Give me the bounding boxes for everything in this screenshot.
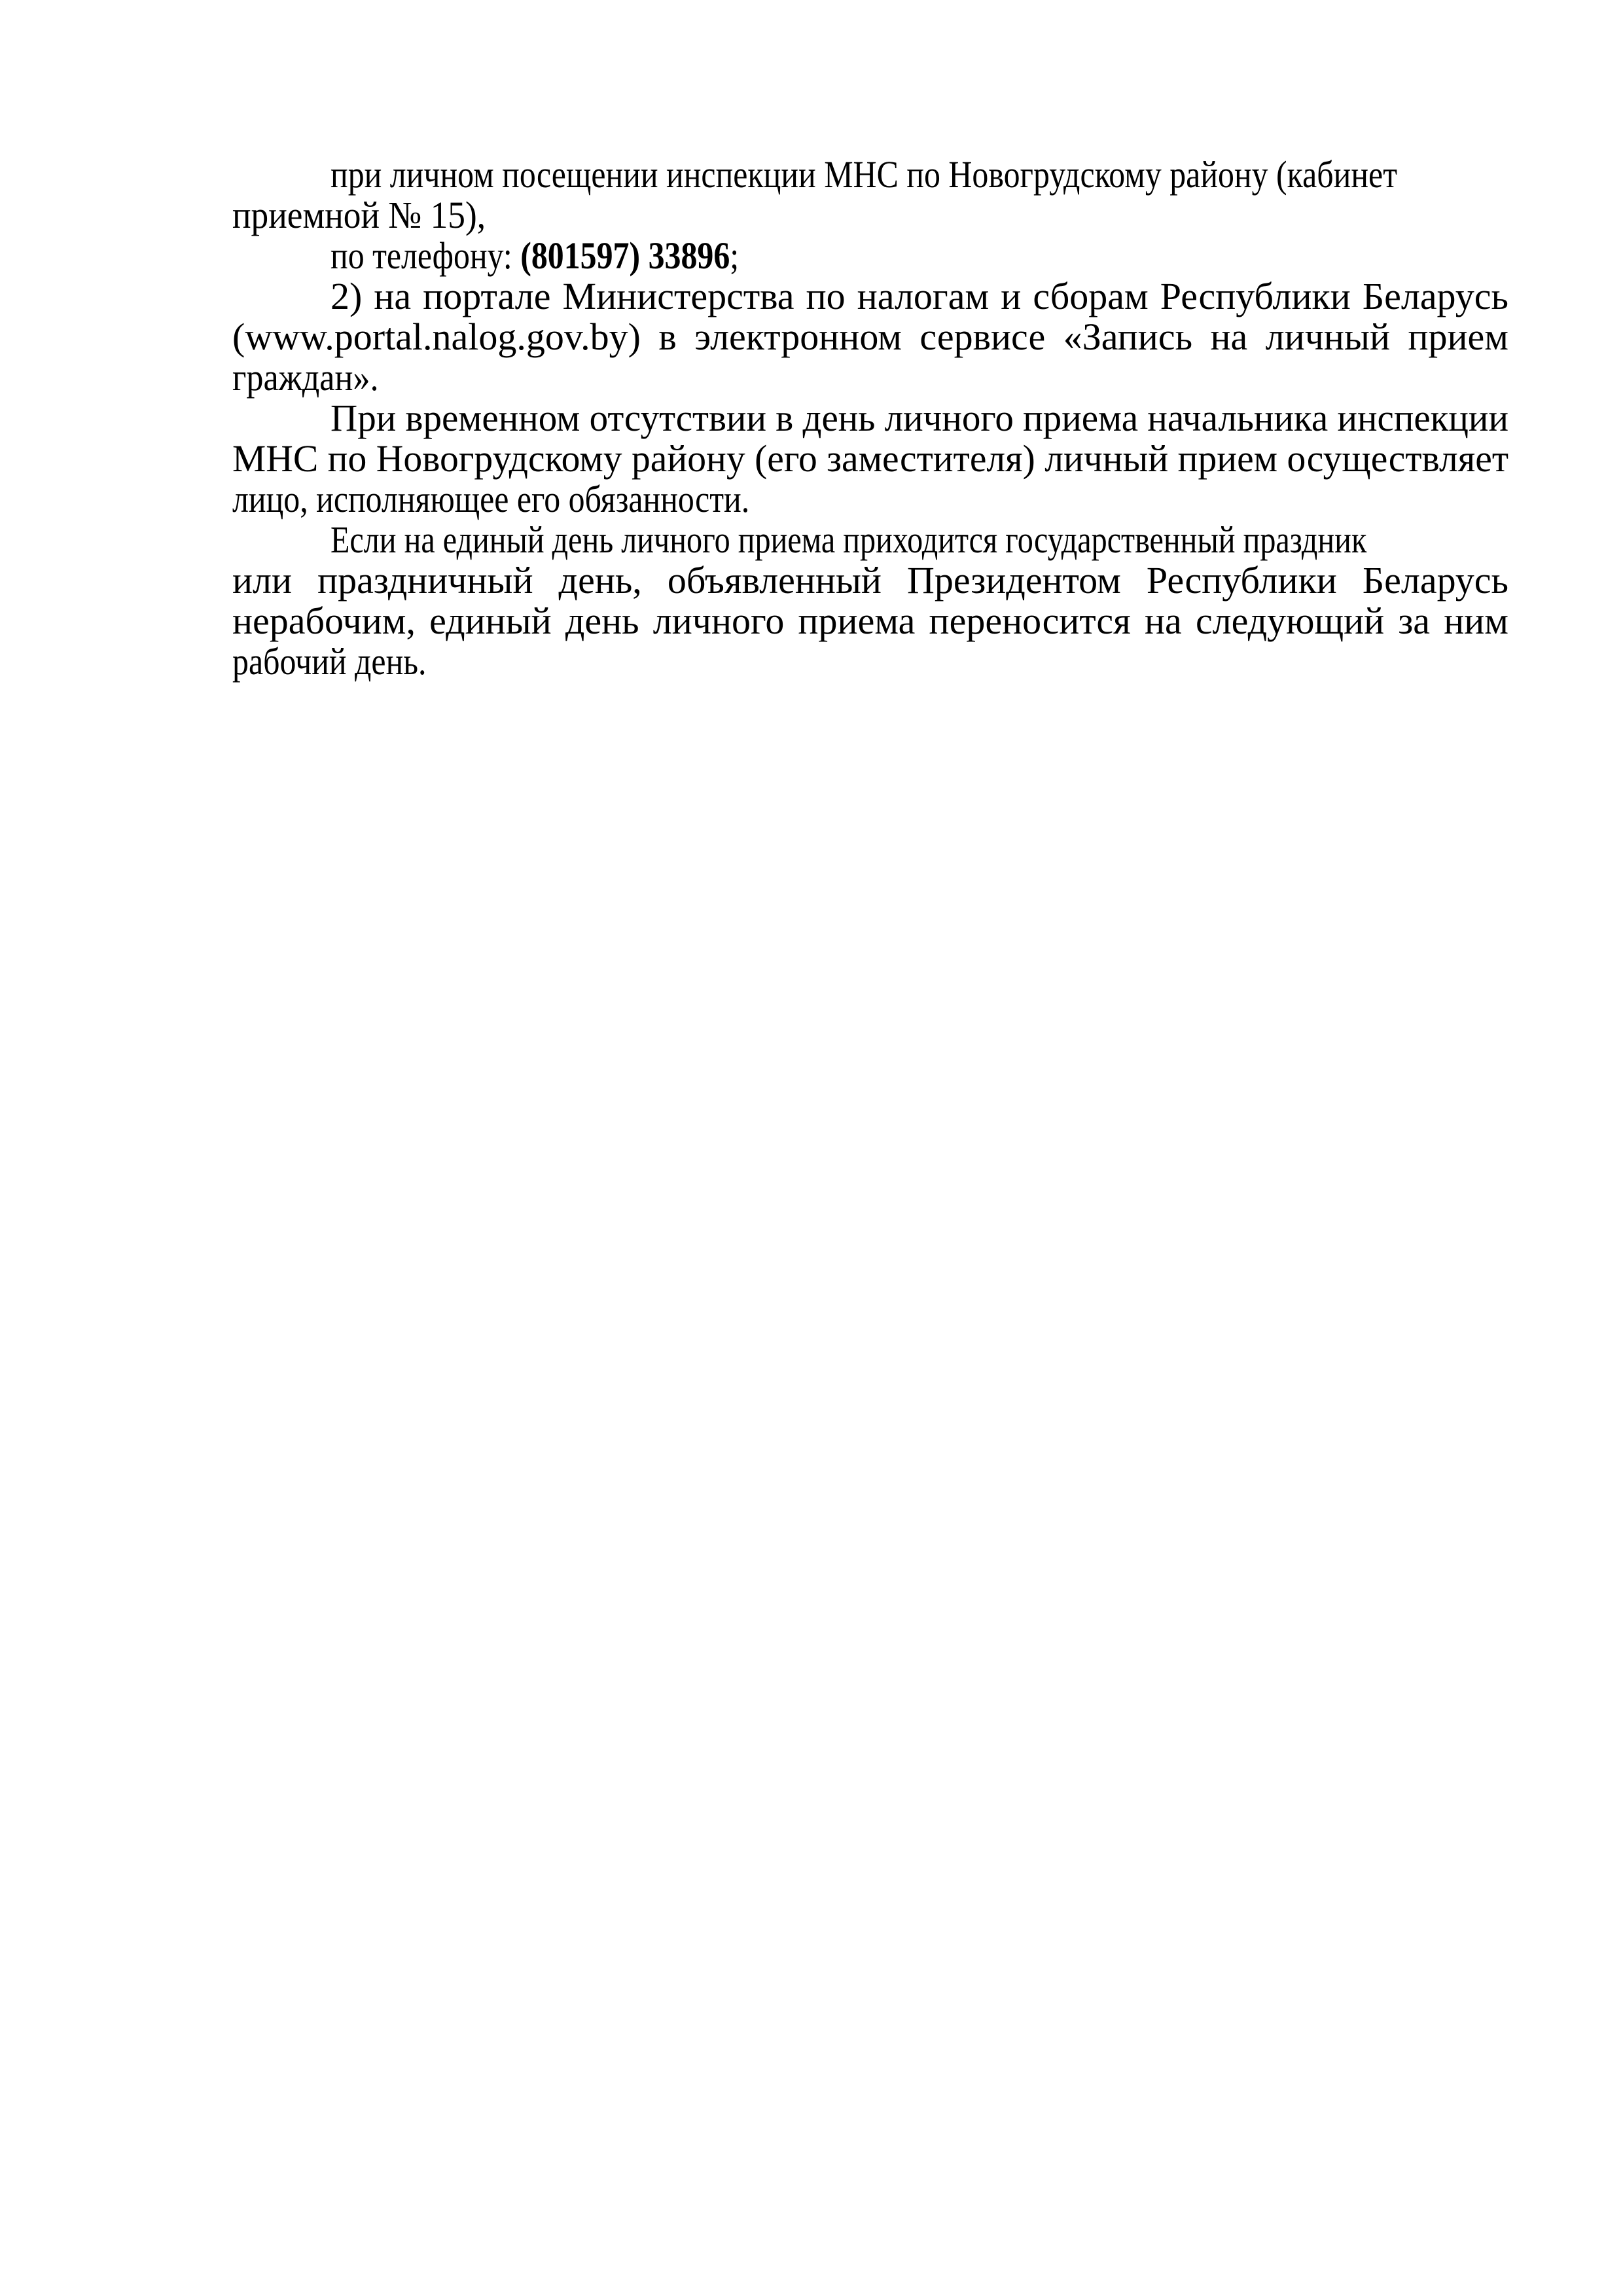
text-line: по телефону: (801597) 33896; — [232, 236, 1508, 276]
text-line: (www.portal.nalog.gov.by) в электронном … — [232, 317, 1508, 357]
text-line: При временном отсутствии в день личного … — [232, 398, 1508, 439]
text-line: рабочий день. — [232, 641, 1508, 682]
phone-number: (801597) 33896 — [520, 234, 730, 277]
text-line: нерабочим, единый день личного приема пе… — [232, 601, 1508, 641]
text-line: приемной № 15), — [232, 195, 1508, 236]
paragraph-portal: 2) на портале Министерства по налогам и … — [232, 276, 1508, 398]
paragraph-holiday: Если на единый день личного приема прихо… — [232, 520, 1508, 682]
text-line: 2) на портале Министерства по налогам и … — [232, 276, 1508, 317]
text-line: Если на единый день личного приема прихо… — [232, 520, 1508, 560]
text-line: или праздничный день, объявленный Презид… — [232, 560, 1508, 601]
text-line: МНС по Новогрудскому району (его замести… — [232, 439, 1508, 479]
document-page: при личном посещении инспекции МНС по Но… — [0, 0, 1623, 2296]
paragraph-absence: При временном отсутствии в день личного … — [232, 398, 1508, 520]
phone-suffix: ; — [730, 234, 739, 277]
paragraph-personal-visit: при личном посещении инспекции МНС по Но… — [232, 154, 1508, 236]
text-line: при личном посещении инспекции МНС по Но… — [232, 154, 1508, 195]
text-line: граждан». — [232, 357, 1508, 398]
phone-label: по телефону: — [330, 234, 520, 277]
document-body: при личном посещении инспекции МНС по Но… — [232, 154, 1508, 682]
paragraph-phone: по телефону: (801597) 33896; — [232, 236, 1508, 276]
text-line: лицо, исполняющее его обязанности. — [232, 479, 1508, 520]
